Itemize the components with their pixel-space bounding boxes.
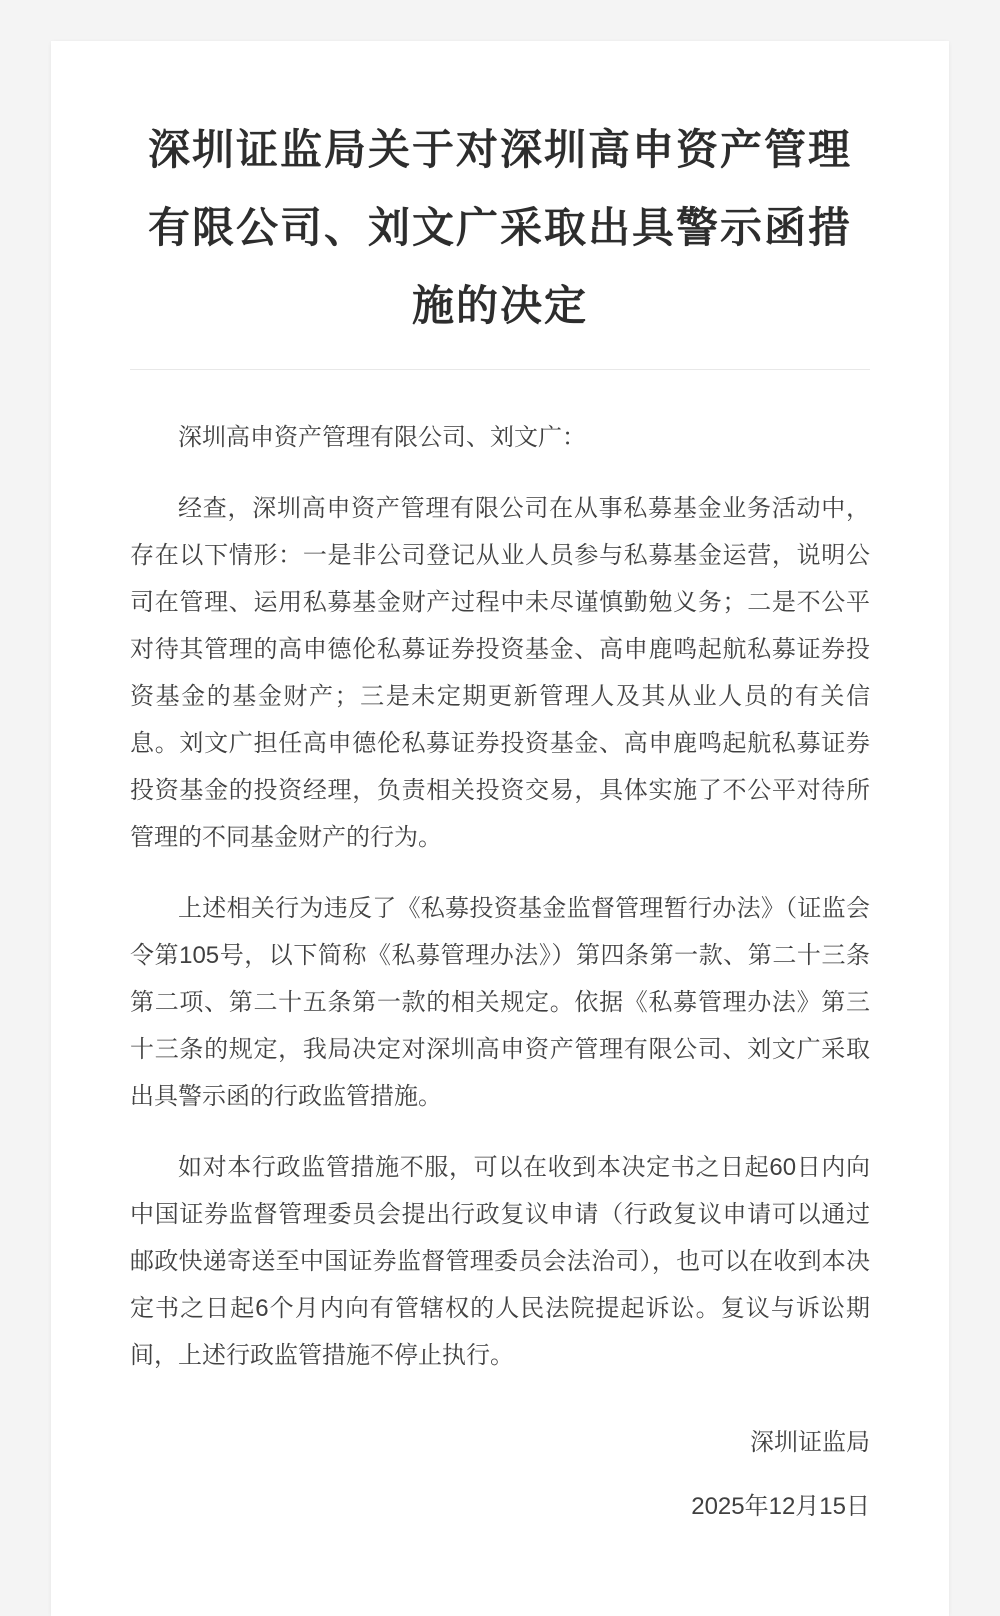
issuing-authority: 深圳证监局	[130, 1419, 870, 1466]
title-divider	[130, 369, 870, 370]
body-paragraph-appeal-rights: 如对本行政监管措施不服，可以在收到本决定书之日起60日内向中国证券监督管理委员会…	[130, 1144, 870, 1379]
body-paragraph-legal-basis: 上述相关行为违反了《私募投资基金监督管理暂行办法》（证监会令第105号，以下简称…	[130, 885, 870, 1120]
page-title: 深圳证监局关于对深圳高申资产管理有限公司、刘文广采取出具警示函措施的决定	[130, 111, 870, 345]
signature-block: 深圳证监局 2025年12月15日	[130, 1419, 870, 1530]
issue-date: 2025年12月15日	[130, 1483, 870, 1530]
salutation-line: 深圳高申资产管理有限公司、刘文广：	[130, 414, 870, 461]
page-background: 深圳证监局关于对深圳高申资产管理有限公司、刘文广采取出具警示函措施的决定 深圳高…	[0, 0, 1000, 1575]
document-body: 深圳高申资产管理有限公司、刘文广： 经查，深圳高申资产管理有限公司在从事私募基金…	[130, 414, 870, 1379]
document-card: 深圳证监局关于对深圳高申资产管理有限公司、刘文广采取出具警示函措施的决定 深圳高…	[51, 41, 949, 1616]
body-paragraph-findings: 经查，深圳高申资产管理有限公司在从事私募基金业务活动中，存在以下情形：一是非公司…	[130, 485, 870, 861]
